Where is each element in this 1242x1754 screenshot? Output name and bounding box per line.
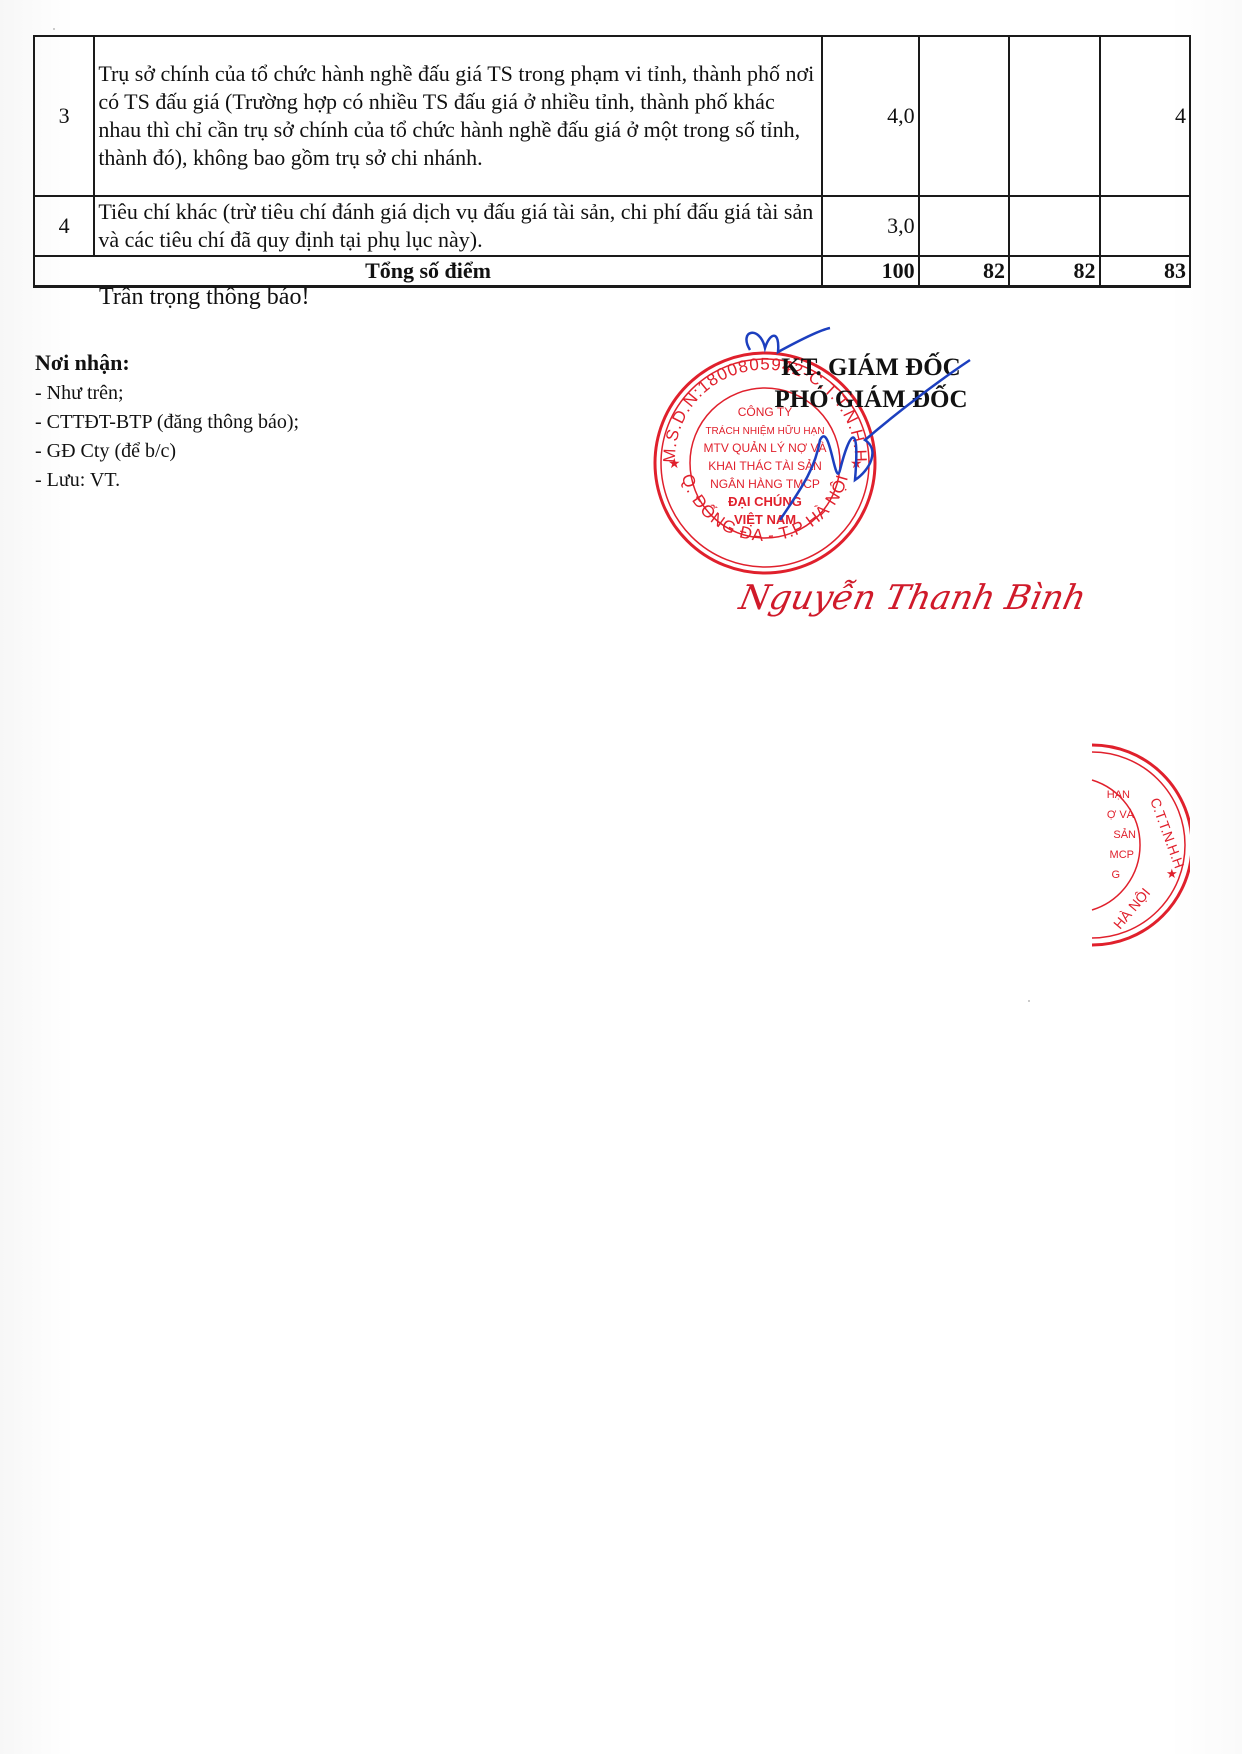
max-score: 3,0: [822, 196, 919, 256]
svg-text:★: ★: [1166, 866, 1178, 881]
row-number: 4: [34, 196, 94, 256]
recipient-item: - CTTĐT-BTP (đăng thông báo);: [35, 408, 299, 437]
scan-speck: [53, 28, 55, 30]
total-score-3: 83: [1100, 256, 1190, 287]
total-max-score: 100: [822, 256, 919, 287]
recipients-title: Nơi nhận:: [35, 348, 299, 377]
score-1: [919, 196, 1009, 256]
total-label: Tổng số điểm: [34, 256, 822, 287]
score-3: 4: [1100, 36, 1190, 196]
score-3: [1100, 196, 1190, 256]
svg-text:SẢN: SẢN: [1113, 828, 1136, 841]
svg-text:G: G: [1111, 869, 1120, 881]
closing-remark: Trân trọng thông báo!: [99, 284, 309, 311]
table-row: 3 Trụ sở chính của tổ chức hành nghề đấu…: [34, 36, 1190, 196]
svg-text:HẠN: HẠN: [1107, 789, 1130, 801]
recipient-item: - GĐ Cty (để b/c): [35, 437, 299, 466]
svg-text:MCP: MCP: [1110, 849, 1134, 861]
recipients-block: Nơi nhận: - Như trên; - CTTĐT-BTP (đăng …: [35, 348, 299, 495]
score-2: [1009, 196, 1099, 256]
total-row: Tổng số điểm 100 82 82 83: [34, 256, 1190, 287]
score-2: [1009, 36, 1099, 196]
signer-name: Nguyễn Thanh Bình: [736, 578, 1090, 618]
svg-text:HÀ NỘI: HÀ NỘI: [1110, 885, 1153, 932]
svg-text:Ợ VÀ: Ợ VÀ: [1107, 808, 1135, 821]
scan-speck: [1028, 1000, 1030, 1002]
partial-seal-icon: HẠN Ợ VÀ SẢN MCP G C.T.T.N.H.H ★ HÀ NỘI: [1090, 740, 1190, 950]
svg-text:C.T.T.N.H.H: C.T.T.N.H.H: [1147, 796, 1187, 871]
score-table: 3 Trụ sở chính của tổ chức hành nghề đấu…: [33, 35, 1191, 288]
total-score-1: 82: [919, 256, 1009, 287]
handwritten-signature-icon: [720, 320, 980, 560]
svg-text:★: ★: [668, 457, 681, 472]
recipient-item: - Lưu: VT.: [35, 466, 299, 495]
max-score: 4,0: [822, 36, 919, 196]
recipient-item: - Như trên;: [35, 379, 299, 408]
criterion-description: Trụ sở chính của tổ chức hành nghề đấu g…: [94, 36, 822, 196]
row-number: 3: [34, 36, 94, 196]
table-row: 4 Tiêu chí khác (trừ tiêu chí đánh giá d…: [34, 196, 1190, 256]
score-1: [919, 36, 1009, 196]
criterion-description: Tiêu chí khác (trừ tiêu chí đánh giá dịc…: [94, 196, 822, 256]
total-score-2: 82: [1009, 256, 1099, 287]
